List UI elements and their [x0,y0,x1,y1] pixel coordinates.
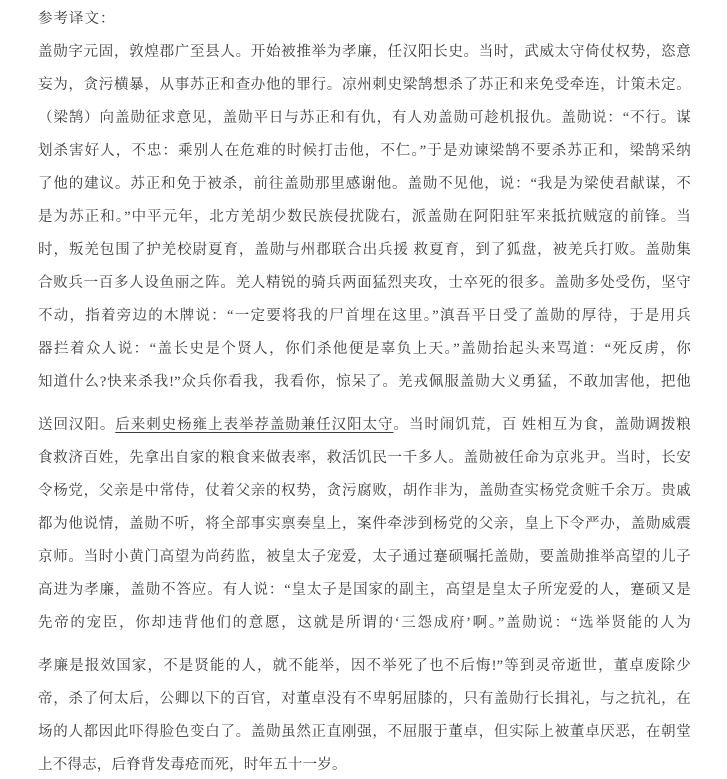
translation-document: 参考译文： 盖勋字元固，敦煌郡广至县人。开始被推举为孝廉，任汉阳长史。当时，武威… [0,0,727,779]
text-line: 了他的建议。苏正和免于被杀，前往盖勋那里感谢他。盖勋不见他，说：“我是为梁使君献… [38,168,691,201]
text-line: 食救济百姓，先拿出自家的粮食来做表率，救活饥民一千多人。盖勋被任命为京兆尹。当时… [38,442,691,475]
text-line: 高进为孝廉，盖勋不答应。有人说：“皇太子是国家的副主，高望是皇太子所宠爱的人，蹇… [38,574,691,607]
underlined-phrase: 后来刺史杨雍上表举荐盖勋兼任汉阳太守 [115,417,393,433]
text-line: 都为他说情，盖勋不听，将全部事实禀奏皇上，案件牵涉到杨党的父亲，皇上下令严办，盖… [38,508,691,541]
text-line: 是为苏正和。”中平元年，北方羌胡少数民族侵扰陇右，派盖勋在阿阳驻军来抵抗贼寇的前… [38,201,691,234]
text-line: 帝，杀了何太后，公卿以下的百官，对董卓没有不卑躬屈膝的，只有盖勋行长揖礼，与之抗… [38,683,691,716]
text-line: （梁鹄）向盖勋征求意见，盖勋平日与苏正和有仇，有人劝盖勋可趁机报仇。盖勋说：“不… [38,102,691,135]
text-line: 时，叛羌包围了护羌校尉夏育，盖勋与州郡联合出兵援 救夏育，到了狐盘，被羌兵打败。… [38,234,691,267]
text-segment: 送回汉阳。 [38,417,115,433]
text-line: 划杀害好人，不忠：乘别人在危难的时候打击他，不仁。”于是劝谏梁鹄不要杀苏正和，梁… [38,135,691,168]
text-line: 合败兵一百多人设鱼丽之阵。羌人精锐的骑兵两面猛烈夹攻，士卒死的很多。盖勋多处受伤… [38,267,691,300]
text-segment: 。当时闹饥荒，百 姓相互为食，盖勋调拨粮 [394,417,692,433]
text-line: 令杨党，父亲是中常侍，仗着父亲的权势，贪污腐败，胡作非为，盖勋查实杨党贪赃千余万… [38,475,691,508]
text-line: 上不得志，后脊背发毒疮而死，时年五十一岁。 [38,749,691,779]
text-line: 不动，指着旁边的木牌说：“一定要将我的尸首埋在这里。”滇吾平日受了盖勋的厚待，于… [38,300,691,333]
text-line: 送回汉阳。后来刺史杨雍上表举荐盖勋兼任汉阳太守。当时闹饥荒，百 姓相互为食，盖勋… [38,409,691,442]
text-line: 场的人都因此吓得脸色变白了。盖勋虽然正直刚强，不屈服于董卓，但实际上被董卓厌恶，… [38,716,691,749]
text-line: 孝廉是报效国家，不是贤能的人，就不能举，因不举死了也不后悔!”等到灵帝逝世，董卓… [38,650,691,683]
document-title: 参考译文： [38,6,691,32]
text-line: 京师。当时小黄门高望为尚药监，被皇太子宠爱，太子通过蹇硕嘱托盖勋，要盖勋推举高望… [38,541,691,574]
text-line: 妄为，贪污横暴，从事苏正和查办他的罪行。凉州刺史梁鹄想杀了苏正和来免受牵连，计策… [38,69,691,102]
text-line: 先帝的宠臣，你却违背他们的意愿，这就是所谓的‘三怨成府’啊。”盖勋说：“选举贤能… [38,607,691,640]
text-line: 知道什么?快来杀我!”众兵你看我，我看你，惊呆了。羌戎佩服盖勋大义勇猛，不敢加害… [38,366,691,399]
text-line: 器拦着众人说：“盖长史是个贤人，你们杀他便是辜负上天。”盖勋抬起头来骂道：“死反… [38,333,691,366]
text-line: 盖勋字元固，敦煌郡广至县人。开始被推举为孝廉，任汉阳长史。当时，武威太守倚仗权势… [38,36,691,69]
